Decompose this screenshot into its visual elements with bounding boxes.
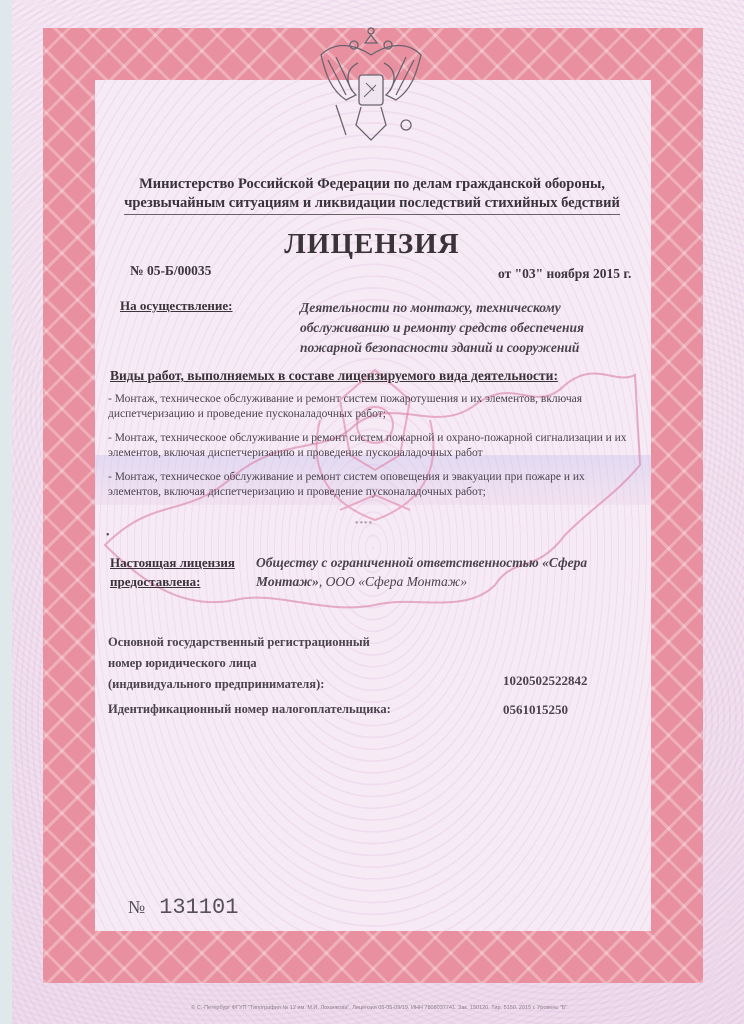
works-item: - Монтаж, техническое обслуживание и рем… bbox=[108, 392, 628, 422]
inn-value: 0561015250 bbox=[503, 702, 568, 718]
coat-of-arms-icon bbox=[316, 25, 426, 150]
issuer-line-1: Министерство Российской Федерации по дел… bbox=[100, 175, 644, 194]
bullet-dot: • bbox=[106, 530, 110, 541]
scan-edge bbox=[0, 0, 12, 1024]
issuer-name: Министерство Российской Федерации по дел… bbox=[100, 175, 644, 215]
works-label: Виды работ, выполняемых в составе лиценз… bbox=[110, 368, 558, 384]
ogrn-label: Основной государственный регистрационный… bbox=[108, 632, 370, 695]
printer-imprint: © С.-Петербург ФГУП "Типография № 12 им.… bbox=[140, 1005, 620, 1011]
serial-value: 131101 bbox=[159, 895, 238, 920]
issuer-line-2: чрезвычайным ситуациям и ликвидации посл… bbox=[124, 194, 620, 215]
document-title: ЛИЦЕНЗИЯ bbox=[100, 228, 644, 261]
ogrn-label-line: (индивидуального предпринимателя): bbox=[108, 674, 370, 695]
license-holder: Обществу с ограниченной ответственностью… bbox=[256, 553, 596, 591]
works-item: - Монтаж, техническое обслуживание и рем… bbox=[108, 470, 628, 500]
license-date: от "03" ноября 2015 г. bbox=[498, 266, 631, 282]
holder-short-name: , ООО «Сфера Монтаж» bbox=[319, 574, 467, 589]
inn-label: Идентификационный номер налогоплательщик… bbox=[108, 702, 391, 717]
works-item: - Монтаж, техническоое обслуживание и ре… bbox=[108, 431, 628, 461]
stars-mark: **** bbox=[355, 520, 373, 528]
ogrn-value: 1020502522842 bbox=[503, 673, 588, 689]
license-number: № 05-Б/00035 bbox=[130, 263, 211, 279]
ogrn-label-line: номер юридического лица bbox=[108, 653, 370, 674]
granted-label: Настоящая лицензия предоставлена: bbox=[110, 553, 235, 591]
activity-text: Деятельности по монтажу, техническому об… bbox=[300, 298, 610, 358]
blank-serial-number: №131101 bbox=[128, 895, 238, 920]
works-list: - Монтаж, техническое обслуживание и рем… bbox=[108, 392, 628, 509]
ogrn-label-line: Основной государственный регистрационный bbox=[108, 632, 370, 653]
granted-label-line-2: предоставлена: bbox=[110, 572, 235, 591]
number-sign: № bbox=[128, 897, 145, 917]
activity-label: На осуществление: bbox=[120, 298, 233, 314]
granted-label-line-1: Настоящая лицензия bbox=[110, 553, 235, 572]
